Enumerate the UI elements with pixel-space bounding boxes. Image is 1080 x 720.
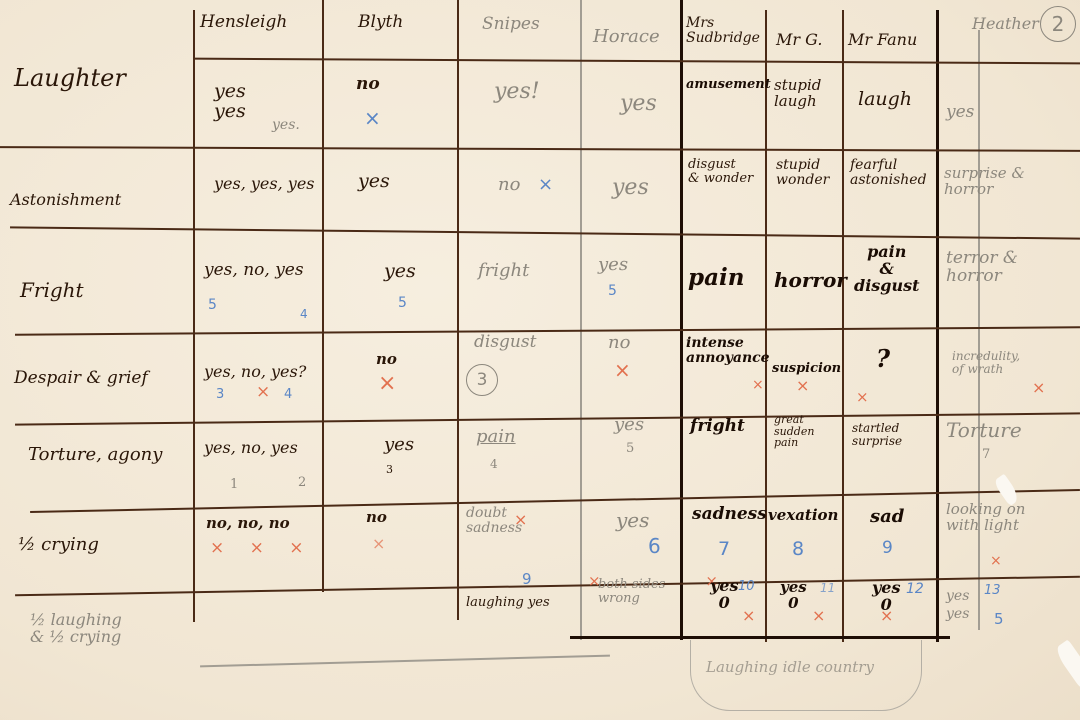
tally-cross-icon: × [256, 384, 270, 402]
cell-hensleigh-astonishment: yes, yes, yes [214, 176, 315, 193]
cell-snipes-despair: disgust [474, 334, 536, 352]
tally-cross-icon: × × × [210, 540, 314, 558]
grid-vline [322, 0, 324, 592]
tally-cross-icon: × [742, 608, 755, 625]
tally-number: 9 [882, 540, 893, 558]
tally-number: 7 [718, 540, 730, 560]
tally-number: 6 [648, 536, 661, 557]
cell-heather-torture: Torture [946, 420, 1022, 441]
cell-mr-g-laughter: stupid laugh [774, 78, 821, 110]
tally-number: 11 [820, 582, 835, 595]
cell-mr-g-despair: suspicion [772, 362, 841, 376]
cell-heather-half-laughing: yes yes [946, 588, 969, 623]
cell-snipes-laughter: yes! [494, 80, 540, 103]
tally-cross-icon: × [514, 512, 527, 529]
column-header-heather: Heather [972, 16, 1039, 33]
cell-snipes-torture: pain [476, 428, 516, 447]
tally-cross-icon: × [378, 372, 396, 395]
cell-hensleigh-half-crying: no, no, no [206, 516, 290, 532]
cell-heather-half-crying: looking on with light [946, 502, 1025, 534]
tally-cross-icon: × [538, 176, 553, 195]
grid-vline [936, 10, 939, 642]
cell-horace-astonishment: yes [612, 176, 649, 199]
cell-sudbridge-torture: fright [690, 418, 745, 436]
tally-number: 2 [298, 476, 306, 490]
tally-cross-icon: × [614, 360, 631, 381]
grid-hline [15, 326, 1080, 335]
cell-fanu-despair: ? [876, 346, 890, 371]
grid-vline [193, 10, 195, 622]
cell-sudbridge-laughter: amusement [686, 78, 771, 92]
cell-hensleigh-fright: yes, no, yes [204, 262, 304, 280]
tally-number: 5 [208, 298, 217, 313]
row-label-astonishment: Astonishment [10, 192, 121, 209]
cell-hensleigh-torture: yes, no, yes [204, 440, 298, 457]
tally-number: 7 [982, 448, 990, 462]
tally-cross-icon: × [372, 536, 385, 553]
cell-fanu-half-crying: sad [870, 508, 904, 527]
paper-tear [1053, 639, 1080, 690]
cell-sudbridge-half-crying: sadness [692, 506, 767, 524]
cell-blyth-laughter: no [356, 76, 380, 94]
row-label-half-crying: ½ crying [18, 536, 99, 555]
column-header-hensleigh: Hensleigh [200, 14, 287, 32]
cell-horace-fright: yes [598, 256, 628, 275]
grid-hline [15, 412, 1080, 425]
cell-horace-laughter: yes [620, 92, 657, 115]
cell-mr-g-astonishment: stupid wonder [776, 158, 829, 187]
cell-blyth-half-crying: no [366, 510, 387, 526]
cell-mr-g-fright: horror [774, 270, 847, 291]
cell-snipes-fright: fright [478, 262, 529, 281]
tally-number: 4 [284, 388, 292, 402]
grid-hline [0, 146, 1080, 152]
grid-vline [842, 10, 844, 642]
tally-number: 9 [522, 572, 532, 588]
page-number: 2 [1040, 6, 1076, 42]
tally-cross-icon: × [856, 390, 869, 406]
grid-hline [30, 489, 1080, 513]
circled-number: 3 [466, 364, 498, 396]
column-header-blyth: Blyth [358, 14, 403, 32]
tally-cross-icon: × [752, 378, 764, 393]
cell-mr-g-torture: great sudden pain [774, 414, 814, 449]
tally-number: 8 [792, 540, 804, 560]
cell-sudbridge-despair: intense annoyance [686, 336, 770, 365]
grid-hline [570, 636, 950, 639]
cell-sudbridge-astonishment: disgust & wonder [688, 158, 753, 185]
cell-fanu-fright: pain & disgust [854, 244, 920, 294]
cell-fanu-torture: startled surprise [852, 422, 902, 447]
column-header-snipes: Snipes [482, 16, 540, 34]
tally-cross-icon: × [812, 608, 825, 625]
cell-heather-laughter: yes [946, 104, 974, 122]
grid-hline [200, 655, 610, 667]
cell-heather-fright: terror & horror [946, 250, 1018, 286]
tally-number: 5 [398, 296, 407, 311]
manuscript-page: Hensleigh Blyth Snipes Horace Mrs Sudbri… [0, 0, 1080, 720]
column-header-mr-g: Mr G. [776, 32, 822, 49]
tally-number: 5 [608, 284, 617, 299]
cell-blyth-fright: yes [384, 262, 416, 282]
cell-fanu-astonishment: fearful astonished [850, 158, 927, 187]
cell-horace-torture: yes [614, 416, 644, 435]
tally-number: 5 [626, 442, 634, 456]
row-label-half-laughing-half-crying: ½ laughing & ½ crying [30, 612, 122, 646]
cell-snipes-half-laughing: laughing yes [466, 596, 550, 610]
cell-hensleigh-laughter: yes yes [214, 82, 246, 122]
row-label-laughter: Laughter [14, 66, 126, 91]
cell-heather-astonishment: surprise & horror [944, 166, 1025, 198]
cell-heather-despair: incredulity, of wrath [952, 350, 1020, 375]
cell-mr-g-half-crying: vexation [768, 508, 838, 524]
grid-hline [193, 58, 1080, 65]
cell-sudbridge-half-laughing: yes 0 [710, 578, 738, 612]
tally-number: 12 [906, 582, 924, 597]
cell-fanu-laughter: laugh [858, 90, 912, 110]
cell-horace-half-crying: yes [616, 510, 649, 531]
row-label-torture-agony: Torture, agony [28, 446, 162, 465]
tally-number: 10 [738, 580, 755, 594]
footnote: Laughing idle country [706, 660, 874, 676]
tally-cross-icon: × [880, 608, 893, 625]
grid-vline [580, 0, 582, 640]
tally-number: 13 [984, 584, 1001, 598]
tally-number: 4 [490, 458, 498, 471]
tally-number: 3 [216, 388, 224, 402]
tally-number: 3 [386, 464, 393, 476]
grid-vline [680, 0, 683, 640]
tally-cross-icon: × [796, 378, 809, 395]
tally-number: 4 [300, 308, 308, 321]
row-label-fright: Fright [20, 280, 84, 301]
cell-blyth-despair: no [376, 352, 397, 368]
cell-blyth-torture: yes [384, 436, 414, 455]
cell-hensleigh-despair: yes, no, yes? [204, 364, 306, 381]
column-header-mr-fanu: Mr Fanu [848, 32, 917, 49]
grid-hline [10, 226, 1080, 239]
cell-snipes-astonishment: no [498, 176, 520, 195]
cell-sudbridge-fright: pain [688, 266, 744, 290]
cell-blyth-astonishment: yes [358, 172, 390, 192]
column-header-horace: Horace [593, 28, 660, 47]
grid-vline [978, 30, 980, 630]
grid-vline [457, 0, 459, 620]
tally-number: 5 [994, 612, 1004, 628]
cell-horace-despair: no [608, 334, 630, 353]
cell-note: yes. [272, 118, 300, 133]
row-label-despair-grief: Despair & grief [14, 370, 148, 388]
tally-cross-icon: × [364, 108, 381, 129]
tally-cross-icon: × [990, 554, 1002, 569]
column-header-mrs-sudbridge: Mrs Sudbridge [686, 16, 764, 45]
tally-cross-icon: × [1032, 380, 1045, 397]
tally-number: 1 [230, 478, 238, 492]
cell-mr-g-half-laughing: yes 0 [780, 580, 807, 612]
grid-vline [765, 10, 767, 642]
